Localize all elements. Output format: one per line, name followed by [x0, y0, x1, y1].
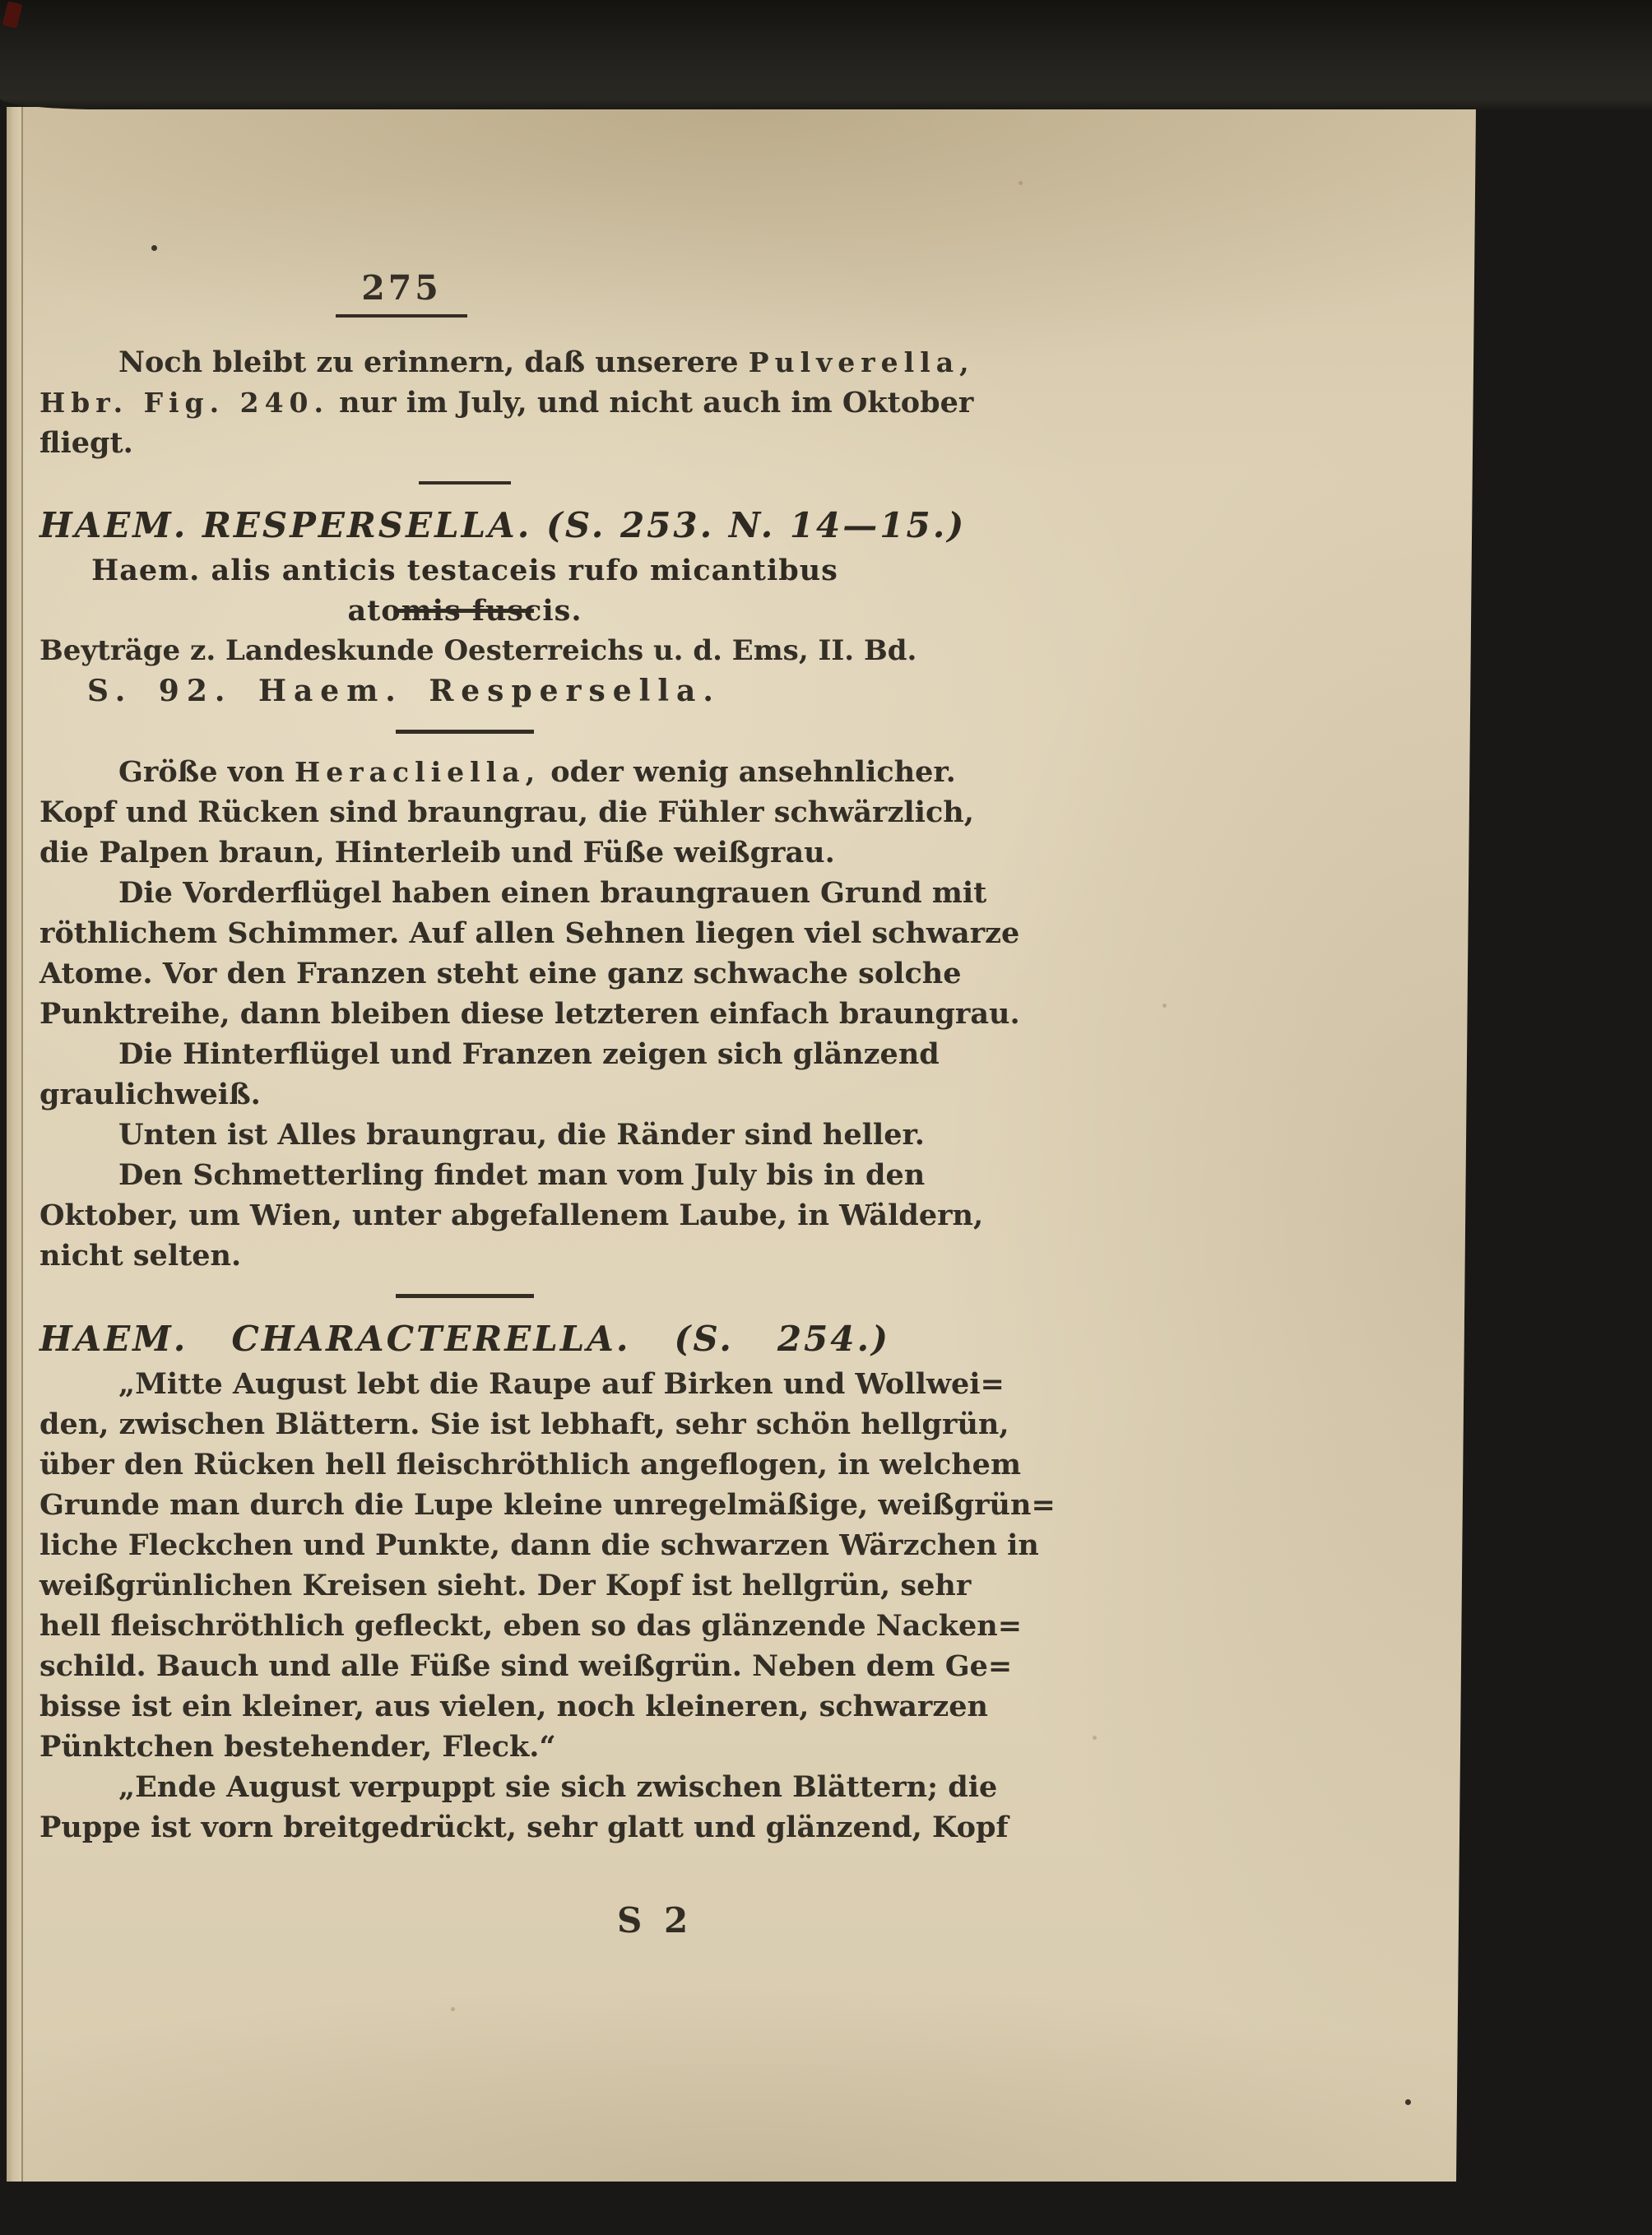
text-line: Kopf und Rücken sind braungrau, die Fühl… — [39, 792, 890, 832]
text-line: „Mitte August lebt die Raupe auf Birken … — [39, 1364, 890, 1404]
foxing-speck — [1019, 181, 1023, 185]
text-line: Größe von Heracliella, oder wenig ansehn… — [39, 752, 890, 792]
text-column: Noch bleibt zu erinnern, daß unserere Pu… — [39, 342, 890, 1848]
text-line: Puppe ist vorn breitgedrückt, sehr glatt… — [39, 1807, 890, 1848]
para-pulverella: Noch bleibt zu erinnern, daß unserere Pu… — [39, 342, 890, 463]
text-line: Den Schmetterling findet man vom July bi… — [39, 1155, 890, 1195]
scanned-book-page: { "colors":{"paper":"#e0d4ba","ink":"#33… — [0, 0, 1652, 2235]
text-line: Beyträge z. Landeskunde Oesterreichs u. … — [39, 631, 890, 671]
text-line: den, zwischen Blättern. Sie ist lebhaft,… — [39, 1404, 890, 1444]
para-unten: Unten ist Alles braungrau, die Ränder si… — [39, 1115, 890, 1155]
book-page: 275 Noch bleibt zu erinnern, daß unserer… — [7, 107, 1476, 2182]
binding-shadow-band — [0, 0, 1652, 109]
text-line: Atome. Vor den Franzen steht eine ganz s… — [39, 953, 890, 994]
text-line: Oktober, um Wien, unter abgefallenem Lau… — [39, 1195, 890, 1236]
separator-rule — [396, 1294, 534, 1298]
text-line: über den Rücken hell fleischröthlich ang… — [39, 1444, 890, 1485]
text-line: bisse ist ein kleiner, aus vielen, noch … — [39, 1686, 890, 1727]
separator-rule — [396, 730, 534, 734]
para-hinterfluegel: Die Hinterflügel und Franzen zeigen sich… — [39, 1034, 890, 1115]
text-line: schild. Bauch und alle Füße sind weißgrü… — [39, 1646, 890, 1686]
text-line: röthlichem Schimmer. Auf allen Sehnen li… — [39, 913, 890, 953]
page-edge-strip — [7, 107, 23, 2182]
page-number-rule — [336, 314, 467, 318]
text-line: Punktreihe, dann bleiben diese letzteren… — [39, 994, 890, 1034]
text-line: liche Fleckchen und Punkte, dann die sch… — [39, 1525, 890, 1565]
text-line: Hbr. Fig. 240. nur im July, und nicht au… — [39, 383, 890, 423]
foxing-speck — [1093, 1736, 1097, 1740]
para-groesse: Größe von Heracliella, oder wenig ansehn… — [39, 752, 890, 873]
text-line: Die Hinterflügel und Franzen zeigen sich… — [39, 1034, 890, 1074]
text-line: nicht selten. — [39, 1236, 890, 1276]
text-line: Pünktchen bestehender, Fleck.“ — [39, 1727, 890, 1767]
para-puppe: „Ende August verpuppt sie sich zwischen … — [39, 1767, 890, 1848]
text-line: Unten ist Alles braungrau, die Ränder si… — [39, 1115, 890, 1155]
heading-respersella: HAEM. RESPERSELLA. (S. 253. N. 14—15.) — [39, 503, 890, 549]
heading-characterella: HAEM. CHARACTERELLA. (S. 254.) — [39, 1316, 890, 1362]
text-line: fliegt. — [39, 423, 890, 463]
signature-mark: S 2 — [617, 1900, 693, 1941]
foxing-speck — [451, 2007, 455, 2011]
text-line: „Ende August verpuppt sie sich zwischen … — [39, 1767, 890, 1807]
separator-rule — [419, 481, 511, 485]
latin-diagnosis: Haem. alis anticis testaceis rufo micant… — [39, 550, 890, 591]
antiqua-text: Pulverella, — [749, 346, 975, 378]
foxing-speck — [1162, 1004, 1167, 1008]
text-line: weißgrünlichen Kreisen sieht. Der Kopf i… — [39, 1565, 890, 1606]
ink-speck — [151, 245, 157, 251]
text-line: Noch bleibt zu erinnern, daß unserere Pu… — [39, 342, 890, 383]
para-schmetterling: Den Schmetterling findet man vom July bi… — [39, 1155, 890, 1276]
para-raupe: „Mitte August lebt die Raupe auf Birken … — [39, 1364, 890, 1767]
antiqua-text: Hbr. Fig. 240. — [39, 387, 329, 419]
antiqua-text: Heracliella, — [295, 756, 541, 788]
text-line: S. 92. Haem. Respersella. — [39, 671, 890, 712]
text-line: Grunde man durch die Lupe kleine unregel… — [39, 1485, 890, 1525]
text-line: die Palpen braun, Hinterleib und Füße we… — [39, 832, 890, 873]
text-line: hell fleischröthlich gefleckt, eben so d… — [39, 1606, 890, 1646]
text-line: Die Vorderflügel haben einen braungrauen… — [39, 873, 890, 913]
text-line: graulichweiß. — [39, 1074, 890, 1115]
page-number: 275 — [337, 268, 466, 308]
citation-beytraege: Beyträge z. Landeskunde Oesterreichs u. … — [39, 631, 890, 712]
para-vorderfluegel: Die Vorderflügel haben einen braungrauen… — [39, 873, 890, 1034]
ink-speck — [1405, 2099, 1411, 2105]
